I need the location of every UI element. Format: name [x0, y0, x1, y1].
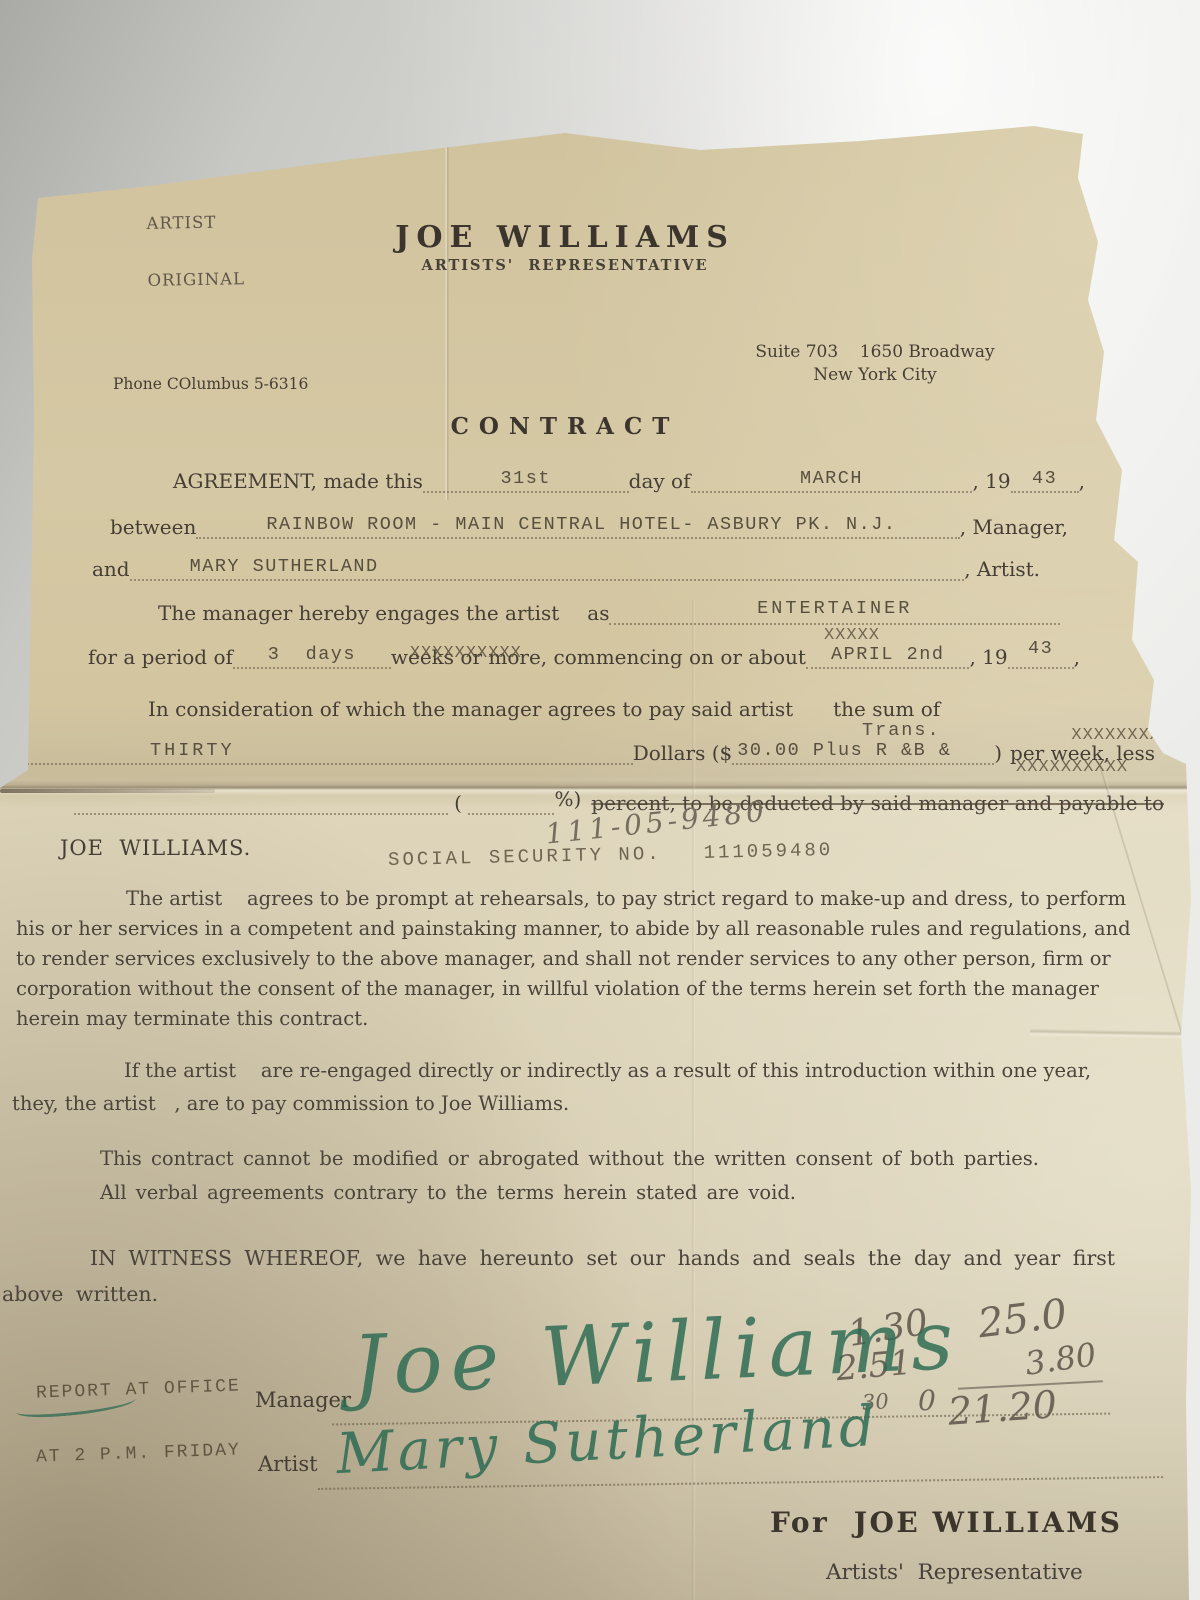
per-week-x-top: XXXXXXXX	[1071, 726, 1161, 746]
letterhead-city-line: New York City	[725, 365, 1025, 385]
line5-end-comma: ,	[1074, 646, 1080, 669]
paragraph-line: If the artist are re-engaged directly or…	[12, 1054, 1092, 1087]
office-note-line-1: REPORT AT OFFICE	[36, 1376, 241, 1403]
stamp-line-1: ARTIST	[146, 212, 244, 233]
office-note-line-2: AT 2 P.M. FRIDAY	[36, 1440, 241, 1467]
period-line: for a period of 3 days weeks or moreXXXX…	[88, 646, 1080, 669]
year2-prefix: , 19	[969, 646, 1007, 669]
role-field: ENTERTAINER	[609, 602, 1060, 625]
day-of-label: day of	[629, 470, 691, 493]
amount-line: THIRTY Dollars ($ 30.00 Plus R &B & ) pe…	[15, 742, 1155, 765]
letterhead-phone: Phone COlumbus 5-6316	[113, 375, 308, 393]
contract-title: CONTRACT	[400, 413, 730, 440]
letterhead-address-line: Suite 703 1650 Broadway	[725, 342, 1025, 362]
footer-subtitle: Artists' Representative	[826, 1560, 1083, 1585]
crease-vertical-top	[445, 128, 449, 500]
artist-value: MARY SUTHERLAND	[190, 556, 379, 577]
per-week-struck: per week, lessXXXXXXXXXXXXXXXXXX	[1010, 742, 1155, 765]
amount-words-field: THIRTY	[15, 742, 633, 765]
paragraph-line: IN WITNESS WHEREOF, we have hereunto set…	[2, 1240, 1097, 1276]
contract-document: ARTIST ORIGINAL JOE WILLIAMS ARTISTS' RE…	[0, 0, 1200, 1600]
day-field: 31st	[423, 470, 629, 493]
paragraph-line: herein may terminate this contract.	[16, 1004, 1082, 1034]
percent-blank-long	[74, 813, 448, 815]
role-value: ENTERTAINER	[757, 598, 912, 619]
line-end-comma: ,	[1079, 470, 1085, 493]
pencil-value-2: 25.0	[976, 1291, 1070, 1348]
commence-value: APRIL 2nd	[831, 644, 944, 665]
consideration-line: In consideration of which the manager ag…	[148, 698, 1048, 721]
open-paren: (	[448, 792, 468, 815]
letterhead-subtitle: ARTISTS' REPRESENTATIVE	[380, 257, 750, 274]
period-field: 3 days	[233, 646, 391, 669]
artist-field: MARY SUTHERLAND	[130, 558, 965, 581]
paragraph-line: All verbal agreements contrary to the te…	[100, 1176, 1080, 1210]
year-value: 43	[1032, 468, 1057, 489]
agreement-label: AGREEMENT, made this	[173, 470, 423, 493]
day-value: 31st	[501, 468, 551, 489]
period-label: for a period of	[88, 646, 233, 669]
clause-modification: This contract cannot be modified or abro…	[100, 1142, 1080, 1210]
engagement-role-line: The manager hereby engages the artist as…	[158, 602, 1060, 625]
artist-suffix: , Artist.	[964, 558, 1040, 581]
pencil-value-4: 3.80	[1023, 1335, 1099, 1383]
payable-name: JOE WILLIAMS.	[60, 836, 251, 860]
paragraph-line: they, the artist , are to pay commission…	[12, 1087, 1092, 1120]
clause-reengagement: If the artist are re-engaged directly or…	[12, 1054, 1092, 1120]
manager-party-line: between RAINBOW ROOM - MAIN CENTRAL HOTE…	[110, 516, 1068, 539]
trans-note: Trans.	[862, 720, 941, 741]
ssn-typed-value: 111059480	[703, 839, 833, 864]
strike-x-overlay: XXXXXXXXXX	[391, 644, 541, 664]
sum-of-label: the sum of	[833, 698, 940, 721]
paragraph-line: to render services exclusively to the ab…	[16, 944, 1082, 974]
per-week-x-bottom: XXXXXXXXXX	[1016, 758, 1128, 778]
period-value: 3 days	[268, 644, 356, 665]
amount-field: 30.00 Plus R &B &	[732, 742, 994, 765]
artist-original-stamp: ARTIST ORIGINAL	[146, 174, 246, 328]
year-prefix: , 19	[972, 470, 1010, 493]
year2-value: 43	[1028, 638, 1053, 659]
as-label: as	[587, 602, 609, 625]
artist-party-line: and MARY SUTHERLAND , Artist.	[92, 558, 1040, 581]
between-label: between	[110, 516, 196, 539]
stamp-line-2: ORIGINAL	[147, 269, 245, 290]
ssn-label: SOCIAL SECURITY NO.	[388, 843, 662, 871]
amount-words-value: THIRTY	[150, 740, 235, 761]
paragraph-line: This contract cannot be modified or abro…	[100, 1142, 1080, 1176]
percent-blank-short	[468, 813, 555, 815]
manager-value: RAINBOW ROOM - MAIN CENTRAL HOTEL- ASBUR…	[266, 514, 896, 535]
consideration-label: In consideration of which the manager ag…	[148, 698, 793, 721]
paragraph-line: his or her services in a competent and p…	[16, 914, 1082, 944]
and-label: and	[92, 558, 130, 581]
year2-field: 43	[1008, 646, 1074, 669]
engages-label: The manager hereby engages the artist	[158, 602, 559, 625]
weeks-or-more-struck: weeks or moreXXXXXXXXXX	[391, 646, 541, 669]
letterhead-name: JOE WILLIAMS	[380, 220, 750, 255]
close-paren: )	[994, 742, 1002, 765]
year-field: 43	[1011, 470, 1079, 493]
manager-field: RAINBOW ROOM - MAIN CENTRAL HOTEL- ASBUR…	[196, 516, 959, 539]
artist-signature-label: Artist	[258, 1452, 318, 1476]
photo-scene: ARTIST ORIGINAL JOE WILLIAMS ARTISTS' RE…	[0, 0, 1200, 1600]
commence-x-overlay: XXXXX	[824, 626, 880, 646]
commence-field: XXXXXAPRIL 2nd	[806, 646, 970, 669]
clause-artist-duties: The artist agrees to be prompt at rehear…	[16, 884, 1082, 1034]
month-field: MARCH	[691, 470, 973, 493]
month-value: MARCH	[800, 468, 863, 489]
agreement-date-line: AGREEMENT, made this 31st day of MARCH ,…	[173, 470, 1085, 493]
footer-for-line: For JOE WILLIAMS	[770, 1506, 1122, 1539]
paragraph-line: corporation without the consent of the m…	[16, 974, 1082, 1004]
dollars-label: Dollars ($	[633, 742, 733, 765]
percent-sign: %)	[554, 788, 581, 811]
amount-value: 30.00 Plus R &B &	[737, 740, 951, 761]
manager-suffix: , Manager,	[960, 516, 1068, 539]
paragraph-line: The artist agrees to be prompt at rehear…	[16, 884, 1082, 914]
commencing-label: , commencing on or about	[541, 646, 806, 669]
